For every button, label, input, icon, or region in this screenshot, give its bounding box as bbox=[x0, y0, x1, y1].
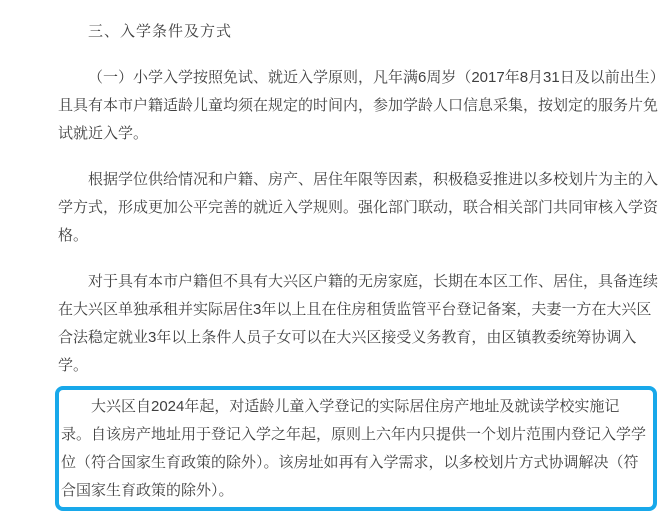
section-heading: 三、入学条件及方式 bbox=[58, 18, 662, 46]
article-body: 三、入学条件及方式 （一）小学入学按照免试、就近入学原则，凡年满6周岁（2017… bbox=[58, 18, 662, 511]
paragraph-non-district-household: 对于具有本市户籍但不具有大兴区户籍的无房家庭，长期在本区工作、居住，具备连续在大… bbox=[58, 268, 662, 380]
paragraph-multi-school-zoning: 根据学位供给情况和户籍、房产、居住年限等因素，积极稳妥推进以多校划片为主的入学方… bbox=[58, 166, 662, 250]
document-page: 三、入学条件及方式 （一）小学入学按照免试、就近入学原则，凡年满6周岁（2017… bbox=[0, 0, 665, 514]
paragraph-2024-address-record-highlighted: 大兴区自2024年起，对适龄儿童入学登记的实际居住房产地址及就读学校实施记录。自… bbox=[61, 393, 647, 505]
paragraph-primary-school-policy: （一）小学入学按照免试、就近入学原则，凡年满6周岁（2017年8月31日及以前出… bbox=[58, 64, 662, 148]
highlight-annotation-box: 大兴区自2024年起，对适龄儿童入学登记的实际居住房产地址及就读学校实施记录。自… bbox=[55, 386, 657, 511]
